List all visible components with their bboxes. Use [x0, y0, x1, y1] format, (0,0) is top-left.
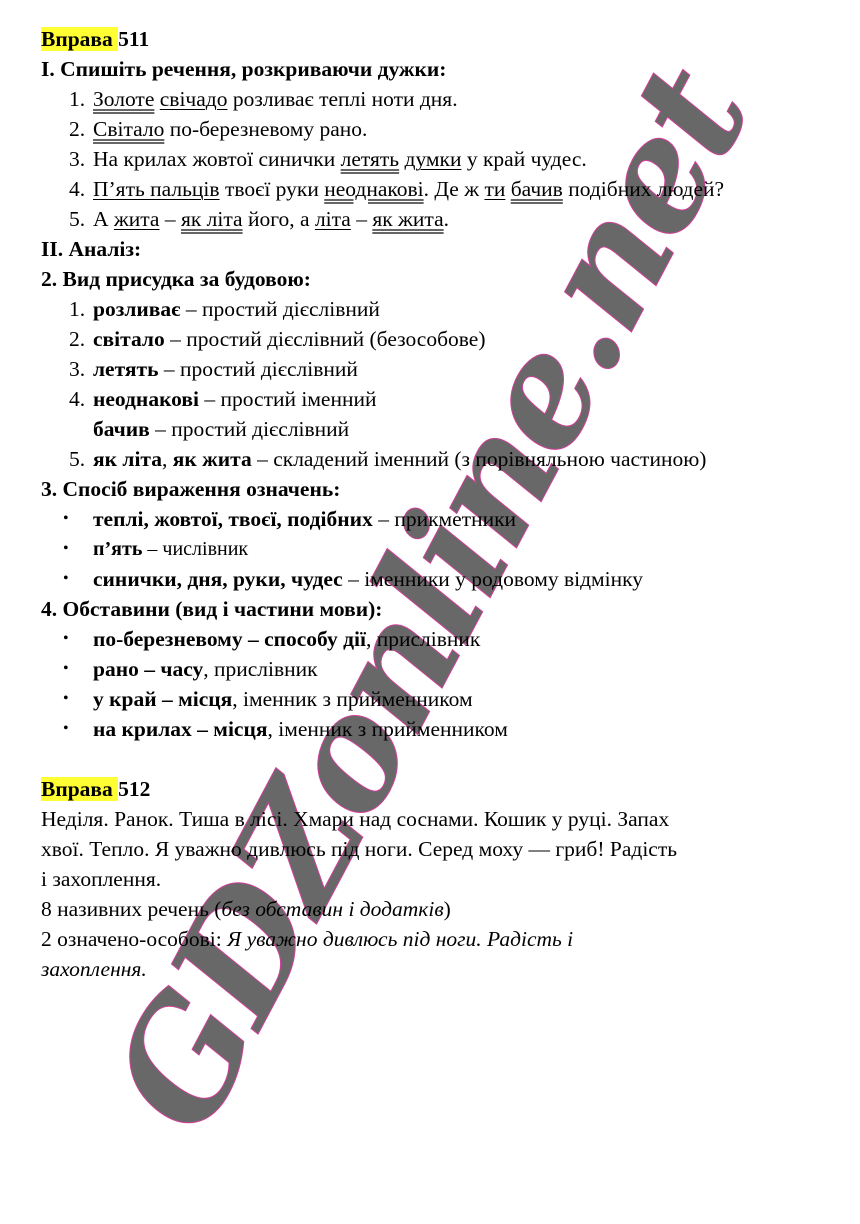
predicate-text: летять – простий дієслівний	[93, 354, 831, 384]
predicate-type: – простий дієслівний	[150, 417, 349, 441]
adverbial-item: •у край – місця, іменник з прийменником	[41, 684, 831, 714]
term-word: по-березневому – способу дії	[93, 627, 366, 651]
predicate-word: летять	[93, 357, 158, 381]
item-number: 3.	[69, 354, 85, 384]
attribute-item: •синички, дня, руки, чудес – іменники у …	[41, 564, 831, 594]
text-fragment: .	[444, 207, 449, 231]
predicate-word: Світало	[93, 117, 164, 141]
predicate-word: світало	[93, 327, 165, 351]
text-fragment: його, а	[243, 207, 315, 231]
text-fragment: розливає теплі ноти дня.	[227, 87, 457, 111]
adverbials-list: •по-березневому – способу дії, прислівни…	[41, 624, 831, 744]
subject-word: ти	[484, 177, 505, 201]
predicate-word: неоднакові	[324, 177, 423, 201]
predicate-word: як жита	[173, 447, 252, 471]
sentence-item: 4.П’ять пальців твоєї руки неоднакові. Д…	[41, 174, 831, 204]
predicate-text: як літа, як жита – складений іменний (з …	[93, 444, 831, 474]
exercise-number: 512	[118, 777, 150, 801]
item-number: 2.	[69, 324, 85, 354]
exercise-511-heading: Вправа 511	[41, 24, 831, 54]
predicate-type: – складений іменний (з порівняльною част…	[252, 447, 707, 471]
item-number: 1.	[69, 294, 85, 324]
term-description: , іменник з прийменником	[268, 717, 508, 741]
sentence-item: 1.Золоте свічадо розливає теплі ноти дня…	[41, 84, 831, 114]
spacer	[41, 744, 831, 774]
term-word: рано – часу	[93, 657, 203, 681]
term-word: теплі, жовтої, твоєї, подібних	[93, 507, 373, 531]
term-word: п’ять	[93, 538, 142, 560]
adverbial-item: •на крилах – місця, іменник з прийменник…	[41, 714, 831, 744]
term-word: синички, дня, руки, чудес	[93, 567, 343, 591]
text-fragment: На крилах жовтої синички	[93, 147, 341, 171]
predicate-item: 5.як літа, як жита – складений іменний (…	[41, 444, 831, 474]
bullet-icon: •	[63, 624, 69, 654]
sentence-text: Світало по-березневому рано.	[93, 114, 831, 144]
exercise-label: Вправа	[41, 777, 118, 801]
adverbials-title: 4. Обставини (вид і частини мови):	[41, 594, 831, 624]
predicate-text: розливає – простий дієслівний	[93, 294, 831, 324]
subject-word: свічадо	[160, 87, 228, 111]
item-number: 5.	[69, 444, 85, 474]
part2-title: ІІ. Аналіз:	[41, 234, 831, 264]
subject-word: літа	[315, 207, 351, 231]
predicate-word: як жита	[372, 207, 443, 231]
exercise-number: 511	[118, 27, 149, 51]
sentence-text: Золоте свічадо розливає теплі ноти дня.	[93, 84, 831, 114]
text-line: Неділя. Ранок. Тиша в лісі. Хмари над со…	[41, 804, 831, 834]
subject-word: думки	[405, 147, 462, 171]
predicate-type: – простий дієслівний	[158, 357, 357, 381]
exercise-label: Вправа	[41, 27, 118, 51]
term-word: на крилах – місця	[93, 717, 268, 741]
predicate-type: – простий дієслівний	[180, 297, 379, 321]
bullet-icon: •	[63, 654, 69, 684]
definite-personal-note-cont: захоплення.	[41, 954, 831, 984]
predicate-text: неоднакові – простий іменний	[93, 384, 831, 414]
bullet-icon: •	[63, 564, 69, 594]
text-fragment: –	[159, 207, 181, 231]
predicate-word: летять	[341, 147, 399, 171]
term-description: , прислівник	[366, 627, 480, 651]
item-number: 5.	[69, 204, 85, 234]
term-description: , іменник з прийменником	[232, 687, 472, 711]
subject-word: П’ять пальців	[93, 177, 220, 201]
predicate-word: як літа	[93, 447, 162, 471]
predicate-word: бачив	[511, 177, 563, 201]
predicate-item: 2.світало – простий дієслівний (безособо…	[41, 324, 831, 354]
item-number: 2.	[69, 114, 85, 144]
sentence-item: 5.А жита – як літа його, а літа – як жит…	[41, 204, 831, 234]
sentence-item: 2.Світало по-березневому рано.	[41, 114, 831, 144]
attributes-list: •теплі, жовтої, твоєї, подібних – прикме…	[41, 504, 831, 594]
predicate-item: 3.летять – простий дієслівний	[41, 354, 831, 384]
note-italic: Я уважно дивлюсь під ноги. Радість і	[227, 927, 573, 951]
bullet-icon: •	[63, 714, 69, 744]
sentence-text: П’ять пальців твоєї руки неоднакові. Де …	[93, 174, 831, 204]
sentence-item: 3.На крилах жовтої синички летять думки …	[41, 144, 831, 174]
text-fragment: . Де ж	[424, 177, 485, 201]
exercise-512-heading: Вправа 512	[41, 774, 831, 804]
sentence-text: А жита – як літа його, а літа – як жита.	[93, 204, 831, 234]
subject-word: жита	[114, 207, 160, 231]
text-fragment: твоєї руки	[220, 177, 325, 201]
item-number: 4.	[69, 174, 85, 204]
adverbial-item: •рано – часу, прислівник	[41, 654, 831, 684]
document-page: Вправа 511 І. Спишіть речення, розкриваю…	[41, 24, 831, 984]
item-number: 1.	[69, 84, 85, 114]
bullet-icon: •	[63, 504, 69, 534]
part1-title: І. Спишіть речення, розкриваючи дужки:	[41, 54, 831, 84]
predicate-item: 4.неоднакові – простий іменнийбачив – пр…	[41, 384, 831, 444]
term-word: у край – місця	[93, 687, 232, 711]
sentence-text: На крилах жовтої синички летять думки у …	[93, 144, 831, 174]
text-line: і захоплення.	[41, 864, 831, 894]
term-description: – прикметники	[373, 507, 516, 531]
predicate-type: – простий іменний	[199, 387, 377, 411]
predicate-word: розливає	[93, 297, 180, 321]
nominal-sentences-note: 8 називних речень (без обставин і додатк…	[41, 894, 831, 924]
term-description: – іменники у родовому відмінку	[343, 567, 643, 591]
predicate-word: Золоте	[93, 87, 154, 111]
definite-personal-note: 2 означено-особові: Я уважно дивлюсь під…	[41, 924, 831, 954]
predicate-word: бачив	[93, 417, 150, 441]
text-fragment: у край чудес.	[461, 147, 586, 171]
term-description: , прислівник	[203, 657, 317, 681]
text-fragment: А	[93, 207, 114, 231]
predicate-item: 1.розливає – простий дієслівний	[41, 294, 831, 324]
text-fragment: –	[351, 207, 373, 231]
predicates-list: 1.розливає – простий дієслівний2.світало…	[41, 294, 831, 474]
term-description: – числівник	[142, 538, 248, 560]
item-number: 3.	[69, 144, 85, 174]
item-number: 4.	[69, 384, 85, 414]
note-italic: без обставин і додатків	[221, 897, 443, 921]
predicate-type: – простий дієслівний (безособове)	[165, 327, 486, 351]
text-fragment: подібних людей?	[563, 177, 724, 201]
attribute-item: •п’ять – числівник	[41, 534, 831, 564]
text-fragment: по-березневому рано.	[164, 117, 367, 141]
predicate-text: бачив – простий дієслівний	[93, 414, 831, 444]
predicate-word: як літа	[181, 207, 243, 231]
sentences-list: 1.Золоте свічадо розливає теплі ноти дня…	[41, 84, 831, 234]
note-text: 8 називних речень (	[41, 897, 221, 921]
separator: ,	[162, 447, 173, 471]
predicates-title: 2. Вид присудка за будовою:	[41, 264, 831, 294]
note-text: 2 означено-особові:	[41, 927, 227, 951]
text-line: хвої. Тепло. Я уважно дивлюсь під ноги. …	[41, 834, 831, 864]
attributes-title: 3. Спосіб вираження означень:	[41, 474, 831, 504]
predicate-word: неоднакові	[93, 387, 199, 411]
predicate-text: світало – простий дієслівний (безособове…	[93, 324, 831, 354]
adverbial-item: •по-березневому – способу дії, прислівни…	[41, 624, 831, 654]
attribute-item: •теплі, жовтої, твоєї, подібних – прикме…	[41, 504, 831, 534]
bullet-icon: •	[63, 684, 69, 714]
note-text: )	[444, 897, 451, 921]
bullet-icon: •	[63, 534, 69, 564]
